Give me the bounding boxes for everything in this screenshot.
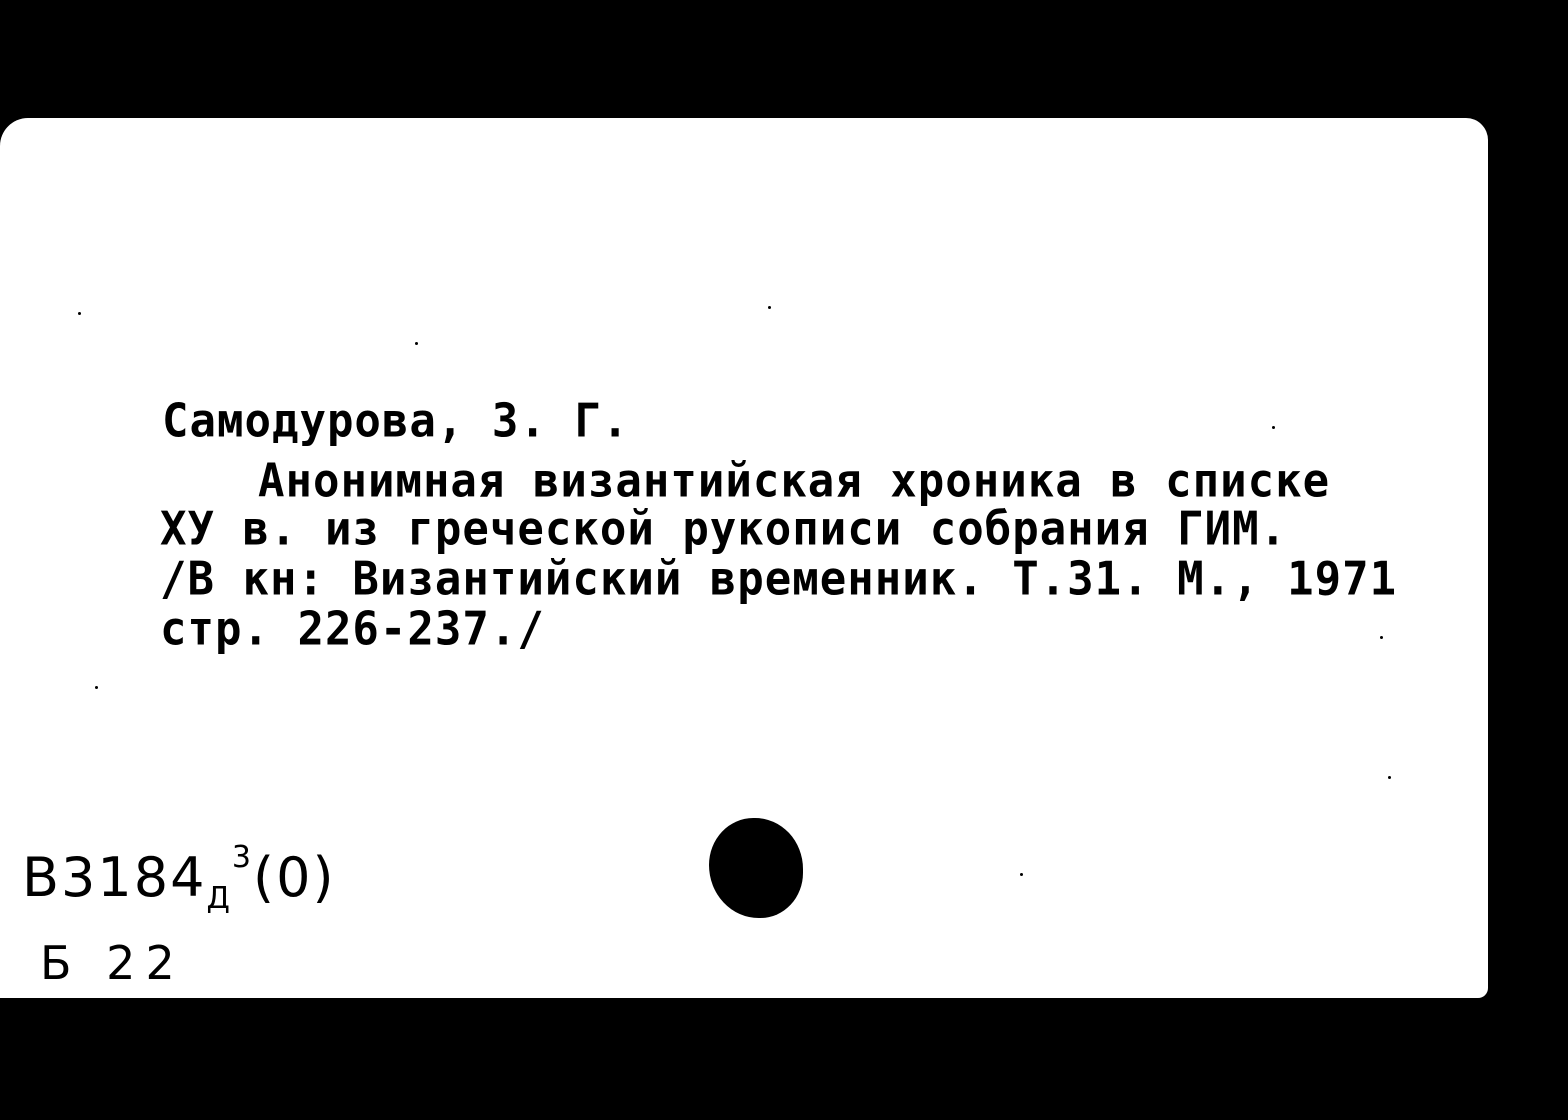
- source-line: /В кн: Византийский временник. Т.31. М.,…: [160, 557, 1397, 603]
- title-line-1: Анонимная византийская хроника в списке: [258, 459, 1330, 505]
- speck: [1380, 636, 1383, 639]
- speck: [1020, 873, 1023, 876]
- speck: [1388, 776, 1391, 779]
- speck: [415, 342, 418, 345]
- call-number-superscript: 3: [232, 840, 253, 875]
- call-number-subscript: Д: [206, 881, 231, 916]
- pages-line: стр. 226-237./: [160, 607, 545, 653]
- speck: [78, 312, 81, 315]
- call-number-main: В3184: [22, 846, 206, 909]
- author-name: Самодурова, З. Г.: [162, 399, 629, 445]
- catalog-card: Самодурова, З. Г. Анонимная византийская…: [0, 118, 1488, 998]
- speck: [768, 306, 771, 309]
- speck: [95, 686, 98, 689]
- call-number: В3184Д3(0): [22, 846, 336, 916]
- call-number-suffix: (0): [253, 846, 336, 909]
- author-mark: Б 22: [40, 936, 185, 990]
- title-line-2: ХУ в. из греческой рукописи собрания ГИМ…: [160, 507, 1287, 553]
- speck: [1272, 426, 1275, 429]
- punch-hole: [709, 818, 803, 918]
